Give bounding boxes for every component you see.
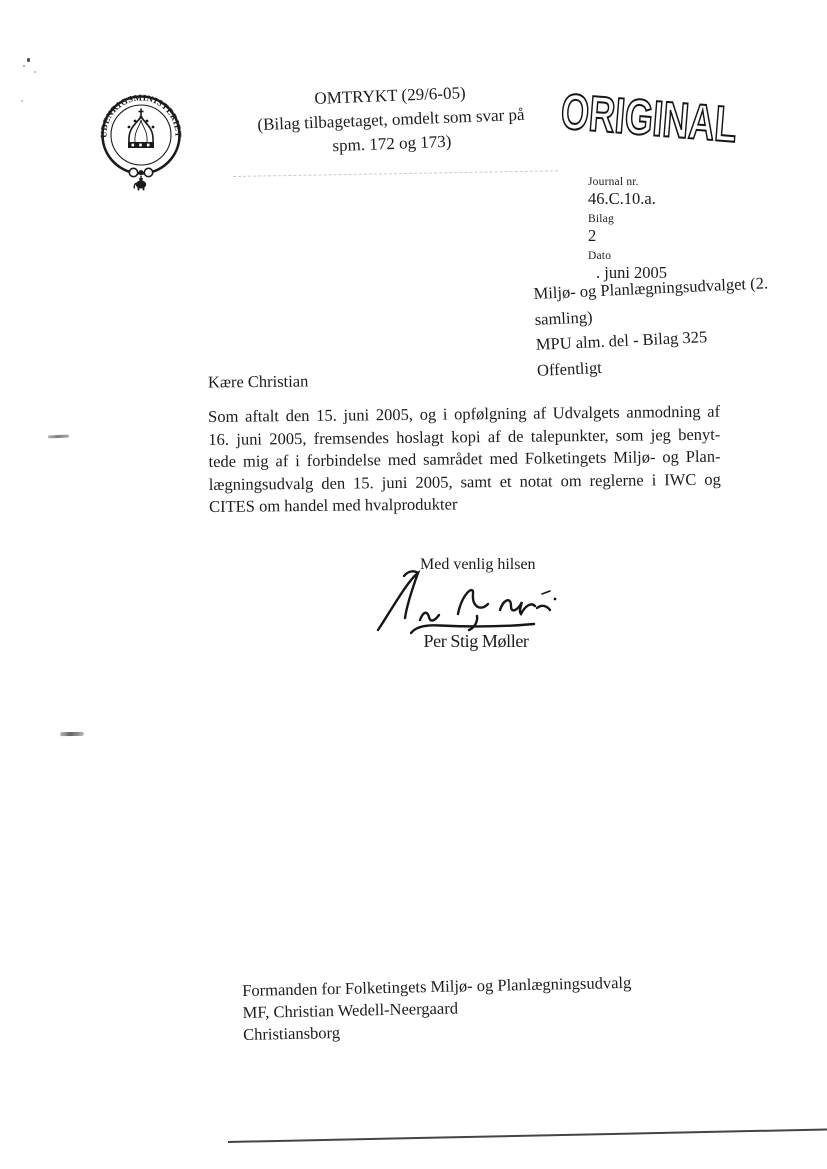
order-pendant-icon <box>129 168 152 190</box>
scan-speck <box>23 65 25 67</box>
body-line: CITES om handel med hvalprodukter <box>209 491 721 519</box>
dato-label: Dato <box>588 250 768 263</box>
journal-block: Journal nr. 46.C.10.a. Bilag 2 Dato . ju… <box>588 176 768 282</box>
salutation: Kære Christian <box>208 371 309 392</box>
original-stamp-text: ORIGINAL <box>559 83 739 153</box>
scan-margin-mark <box>48 435 69 439</box>
original-stamp: ORIGINAL <box>556 76 751 166</box>
scan-speck <box>21 100 23 102</box>
committee-annotation: Miljø- og Planlægningsudvalget (2. samli… <box>533 267 827 383</box>
bilag-value: 2 <box>588 226 768 245</box>
recipient-address: Formanden for Folketingets Miljø- og Pla… <box>242 972 632 1046</box>
original-stamp-icon: ORIGINAL <box>557 76 752 161</box>
journal-nr-label: Journal nr. <box>588 176 768 189</box>
reprint-notice: OMTRYKT (29/6-05) (Bilag tilbagetaget, o… <box>224 78 559 163</box>
scan-margin-mark <box>60 732 84 736</box>
journal-nr-value: 46.C.10.a. <box>588 189 768 208</box>
scan-speck <box>34 71 36 73</box>
scan-speck <box>27 58 30 62</box>
crown-icon <box>129 109 153 143</box>
signer-name: Per Stig Møller <box>412 631 540 652</box>
ministry-seal-icon: UDENRIGSMINISTERIET <box>100 94 184 192</box>
faint-dashed-line <box>233 170 558 177</box>
bilag-label: Bilag <box>588 213 768 226</box>
scanned-letter-page: UDENRIGSMINISTERIET <box>0 0 827 1169</box>
letter-body: Som aftalt den 15. juni 2005, og i opføl… <box>208 401 721 519</box>
bottom-scan-line <box>228 1128 827 1143</box>
ministry-seal: UDENRIGSMINISTERIET <box>100 94 184 197</box>
